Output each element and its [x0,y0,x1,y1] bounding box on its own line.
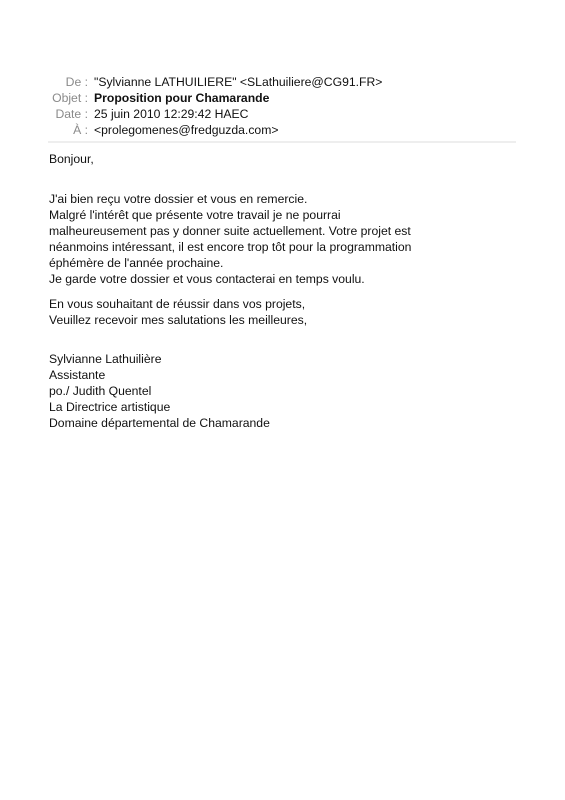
date-label: Date : [40,106,94,122]
subject-label: Objet : [40,90,94,106]
signature-name: Sylvianne Lathuilière [49,351,270,367]
header-to-row: À : <prolegomenes@fredguzda.com> [40,122,520,138]
to-value: <prolegomenes@fredguzda.com> [94,122,278,138]
signature-title: Assistante [49,367,270,383]
signature-po: po./ Judith Quentel [49,383,270,399]
header-subject-row: Objet : Proposition pour Chamarande [40,90,520,106]
subject-value: Proposition pour Chamarande [94,90,269,106]
closing-line: Veuillez recevoir mes salutations les me… [49,312,307,328]
closing: En vous souhaitant de réussir dans vos p… [49,296,307,328]
signature-organization: Domaine départemental de Chamarande [49,415,270,431]
from-value: "Sylvianne LATHUILIERE" <SLathuiliere@CG… [94,74,382,90]
body-line: Je garde votre dossier et vous contacter… [49,271,411,287]
header-date-row: Date : 25 juin 2010 12:29:42 HAEC [40,106,520,122]
signature: Sylvianne Lathuilière Assistante po./ Ju… [49,351,270,431]
greeting-text: Bonjour, [49,151,94,167]
body-line: Malgré l'intérêt que présente votre trav… [49,207,411,223]
body-line: malheureusement pas y donner suite actue… [49,223,411,239]
greeting: Bonjour, [49,151,94,167]
body-line: néanmoins intéressant, il est encore tro… [49,239,411,255]
message-body: J'ai bien reçu votre dossier et vous en … [49,191,411,288]
from-label: De : [40,74,94,90]
header-from-row: De : "Sylvianne LATHUILIERE" <SLathuilie… [40,74,520,90]
signature-role: La Directrice artistique [49,399,270,415]
body-line: éphémère de l'année prochaine. [49,255,411,271]
header-separator [48,141,516,143]
date-value: 25 juin 2010 12:29:42 HAEC [94,106,249,122]
body-line: J'ai bien reçu votre dossier et vous en … [49,191,411,207]
closing-line: En vous souhaitant de réussir dans vos p… [49,296,307,312]
email-header: De : "Sylvianne LATHUILIERE" <SLathuilie… [40,74,520,138]
to-label: À : [40,122,94,138]
